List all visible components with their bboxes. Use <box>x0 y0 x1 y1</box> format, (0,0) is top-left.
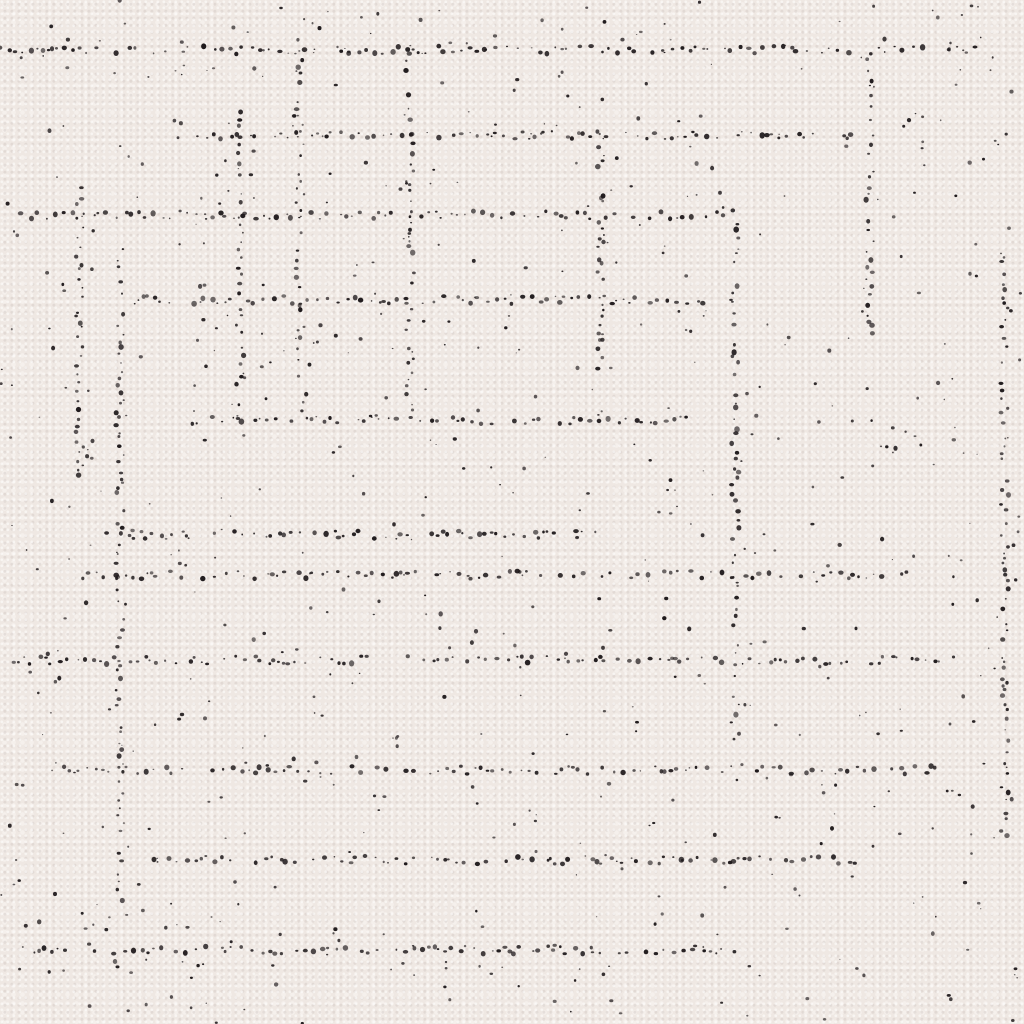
speckle-pattern <box>0 0 1024 1024</box>
carpet-texture <box>0 0 1024 1024</box>
